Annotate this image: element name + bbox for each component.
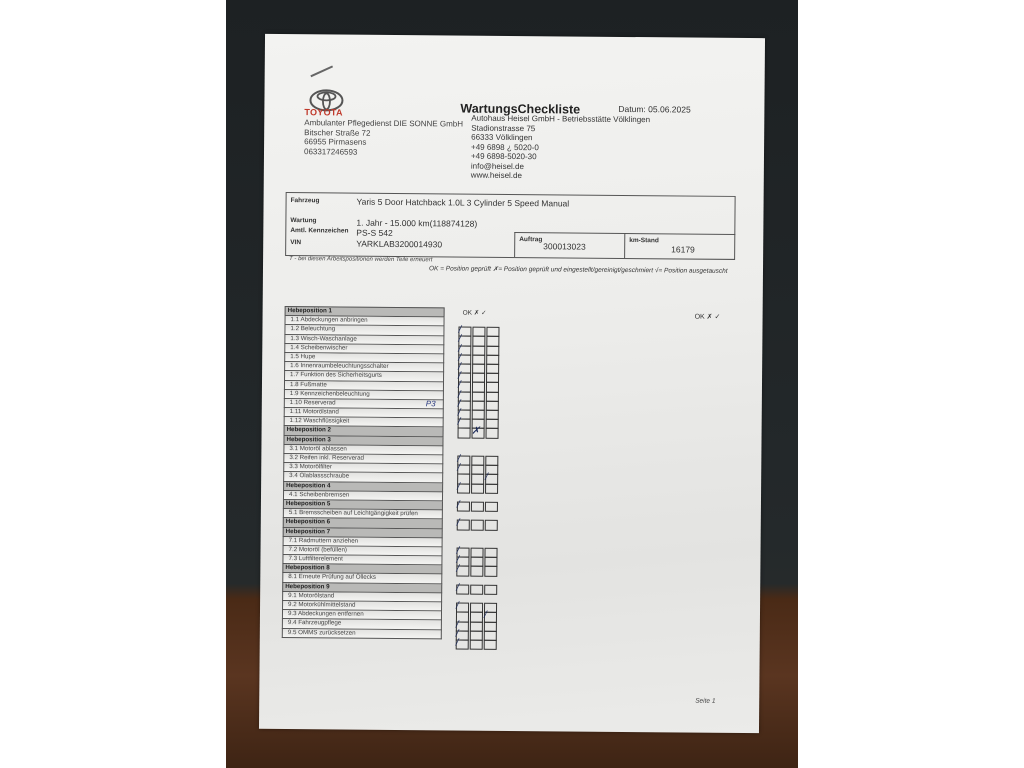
- checkbox-group: /: [456, 640, 498, 650]
- checkbox-group: /: [456, 584, 498, 594]
- checkbox-check[interactable]: [485, 520, 498, 530]
- handwritten-mark-icon: /: [458, 417, 461, 428]
- checkbox-x[interactable]: [471, 483, 484, 493]
- checklist-table: Hebeposition 11.1 Abdeckungen anbringen1…: [282, 306, 445, 639]
- vehicle-value: Yaris 5 Door Hatchback 1.0L 3 Cylinder 5…: [357, 197, 570, 209]
- handwritten-mark-icon: /: [457, 481, 460, 492]
- handwritten-mark-icon: ✗: [472, 426, 480, 437]
- handwritten-note: P3: [426, 399, 436, 408]
- checkbox-group: /: [456, 603, 498, 613]
- checkbox-group: /: [457, 465, 499, 475]
- checkbox-check[interactable]: [486, 428, 499, 438]
- dealer-address: Autohaus Heisel GmbH - Betriebsstätte Vö…: [471, 114, 650, 182]
- handwritten-mark-icon: /: [457, 518, 460, 529]
- checkbox-group: /: [458, 354, 500, 364]
- checkbox-group: /: [458, 391, 500, 401]
- checkbox-ok[interactable]: /: [456, 640, 469, 650]
- service-label: Wartung: [290, 217, 316, 224]
- maintenance-checklist-paper: TOYOTA Ambulanter Pflegedienst DIE SONNE…: [259, 34, 765, 733]
- checkbox-group: /: [456, 630, 498, 640]
- date-label: Datum:: [618, 104, 645, 114]
- checkbox-group: ✗: [458, 428, 500, 438]
- handwritten-mark-icon: /: [456, 582, 459, 593]
- checkbox-group: /: [458, 345, 500, 355]
- column-ok: OK: [463, 310, 472, 317]
- checkbox-ok[interactable]: /: [457, 483, 470, 493]
- checkbox-ok[interactable]: /: [456, 566, 469, 576]
- checkbox-ok[interactable]: /: [456, 584, 469, 594]
- checkbox-x[interactable]: [471, 520, 484, 530]
- handwritten-mark-icon: /: [456, 564, 459, 575]
- brand-name: TOYOTA: [304, 107, 343, 117]
- checkbox-group: /: [458, 400, 500, 410]
- checkbox-check[interactable]: [485, 483, 498, 493]
- handwritten-mark-icon: /: [457, 463, 460, 474]
- checkbox-check[interactable]: [484, 585, 497, 595]
- document-date: Datum: 05.06.2025: [618, 104, 690, 115]
- page-number: Seite 1: [695, 698, 715, 705]
- checkbox-group: /: [457, 474, 499, 484]
- order-value: 300013023: [543, 241, 586, 251]
- checkbox-x[interactable]: [470, 566, 483, 576]
- checkbox-group: /: [456, 557, 498, 567]
- checkbox-ok[interactable]: /: [457, 502, 470, 512]
- checkbox-x[interactable]: [470, 640, 483, 650]
- dealer-web: www.heisel.de: [471, 171, 650, 182]
- checkbox-group: /: [458, 327, 500, 337]
- handwritten-mark-icon: /: [457, 500, 460, 511]
- checkbox-check[interactable]: [484, 640, 497, 650]
- handwritten-mark-icon: /: [484, 610, 487, 621]
- mileage-value: 16179: [671, 244, 695, 254]
- checkbox-group: /: [458, 336, 500, 346]
- pen-mark: [310, 65, 333, 77]
- vehicle-info-box: Fahrzeug Yaris 5 Door Hatchback 1.0L 3 C…: [285, 192, 736, 260]
- column-x: ✗: [474, 310, 480, 317]
- checkbox-group: /: [456, 566, 498, 576]
- vin-value: YARKLAB3200014930: [356, 239, 442, 250]
- background-left: [0, 0, 226, 768]
- background-right: [798, 0, 1024, 768]
- column-check: ✓: [481, 310, 487, 317]
- legend-line: OK = Position geprüft ✗= Position geprüf…: [429, 264, 728, 275]
- handwritten-mark-icon: /: [485, 472, 488, 483]
- vehicle-label: Fahrzeug: [291, 197, 320, 204]
- checkbox-group: /: [457, 520, 499, 530]
- checkbox-group: /: [458, 410, 500, 420]
- date-value: 05.06.2025: [648, 104, 691, 114]
- handwritten-mark-icon: /: [456, 638, 459, 649]
- plate-value: PS-S 542: [356, 228, 392, 238]
- checkbox-group: /: [456, 548, 498, 558]
- checklist-row: 9.5 OMMS zurücksetzen: [282, 629, 442, 640]
- checkbox-x[interactable]: [470, 584, 483, 594]
- checkbox-group: /: [457, 502, 499, 512]
- checkbox-x[interactable]: ✗: [472, 428, 485, 438]
- mileage-label: km-Stand: [629, 237, 659, 244]
- checkbox-x[interactable]: [471, 502, 484, 512]
- client-address: Ambulanter Pflegedienst DIE SONNE GmbH B…: [304, 118, 463, 157]
- checkbox-check[interactable]: [484, 566, 497, 576]
- checkbox-group: /: [456, 621, 498, 631]
- checkbox-group: /: [456, 612, 498, 622]
- mileage-box: km-Stand 16179: [624, 233, 735, 259]
- order-label: Auftrag: [519, 236, 542, 243]
- checkbox-group: /: [458, 373, 500, 383]
- column-header: OK ✗ ✓: [463, 309, 487, 317]
- checkbox-group: /: [457, 483, 499, 493]
- handwritten-mark-icon: /: [456, 601, 459, 612]
- checkbox-group: /: [458, 364, 500, 374]
- checkbox-ok[interactable]: [458, 428, 471, 438]
- checkbox-ok[interactable]: /: [457, 520, 470, 530]
- plate-label: Amtl. Kennzeichen: [290, 227, 348, 235]
- checkbox-check[interactable]: [485, 502, 498, 512]
- parts-note: T - bei diesen Arbeitspositionen werden …: [289, 256, 432, 263]
- checkbox-group: /: [457, 456, 499, 466]
- vin-label: VIN: [290, 239, 301, 246]
- legend-columns-right: OK ✗ ✓: [695, 313, 721, 321]
- client-phone: 063317246593: [304, 147, 463, 158]
- checkbox-group: /: [458, 382, 500, 392]
- order-box: Auftrag 300013023: [514, 232, 625, 258]
